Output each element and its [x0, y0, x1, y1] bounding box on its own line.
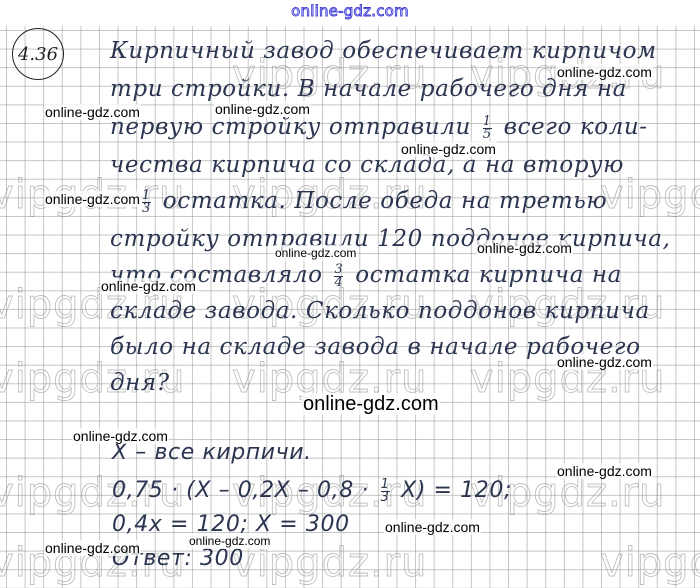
- problem-line: складе завода. Сколько поддонов кирпича: [110, 298, 650, 324]
- problem-line-text: первую стройку отправили: [110, 114, 471, 140]
- overlay-watermark: online-gdz.com: [274, 245, 357, 261]
- overlay-watermark: online-gdz.com: [400, 141, 497, 157]
- overlay-watermark: online-gdz.com: [214, 101, 311, 117]
- overlay-watermark: online-gdz.com: [556, 64, 653, 80]
- fraction-denominator: 3: [142, 202, 151, 215]
- overlay-watermark: online-gdz.com: [556, 354, 653, 370]
- overlay-watermark: online-gdz.com: [476, 240, 573, 256]
- fraction: 1 3: [381, 479, 390, 504]
- overlay-watermark: online-gdz.com: [556, 463, 653, 479]
- problem-line: 1 3 остатка. После обеда на третью: [138, 188, 607, 215]
- fraction: 1 5: [483, 116, 492, 141]
- fraction-denominator: 5: [483, 128, 492, 141]
- problem-number-badge: 4.36: [12, 28, 64, 80]
- solution-equation: 0,75 · (X – 0,2X – 0,8 · 1 3 X) = 120;: [112, 478, 512, 504]
- problem-line-text: всего коли-: [504, 114, 648, 140]
- overlay-watermark-large: online-gdz.com: [302, 393, 440, 415]
- overlay-watermark: online-gdz.com: [44, 104, 141, 120]
- overlay-watermark: online-gdz.com: [188, 533, 271, 549]
- problem-number: 4.36: [18, 44, 58, 65]
- problem-line: первую стройку отправили 1 5 всего коли-: [110, 114, 648, 141]
- background-watermark: vipgdz.ru: [600, 172, 700, 218]
- fraction-denominator: 3: [381, 491, 390, 504]
- overlay-watermark: online-gdz.com: [100, 278, 197, 294]
- problem-line-text: остатка кирпича на: [355, 262, 622, 288]
- problem-line: чества кирпича со склада, а на вторую: [110, 152, 624, 178]
- site-banner: online-gdz.com: [0, 0, 700, 26]
- solution-text: X) = 120;: [401, 478, 512, 503]
- problem-line: три стройки. В начале рабочего дня на: [110, 76, 627, 102]
- problem-line-text: остатка. После обеда на третью: [163, 188, 607, 214]
- solution-text: 0,75 · (X – 0,2X – 0,8 ·: [112, 478, 369, 503]
- overlay-watermark: online-gdz.com: [44, 191, 141, 207]
- site-banner-text: online-gdz.com: [291, 2, 409, 20]
- problem-line: стройку отправили 120 поддонов кирпича,: [110, 226, 671, 252]
- fraction-denominator: 4: [334, 276, 343, 289]
- overlay-watermark: online-gdz.com: [72, 428, 169, 444]
- problem-line: дня?: [110, 370, 170, 396]
- overlay-watermark: online-gdz.com: [384, 519, 481, 535]
- fraction: 3 4: [334, 264, 343, 289]
- background-watermark: vipgdz.ru: [600, 540, 700, 586]
- fraction: 1 3: [142, 190, 151, 215]
- problem-line: Кирпичный завод обеспечивает кирпичом: [110, 38, 657, 64]
- overlay-watermark: online-gdz.com: [44, 540, 141, 556]
